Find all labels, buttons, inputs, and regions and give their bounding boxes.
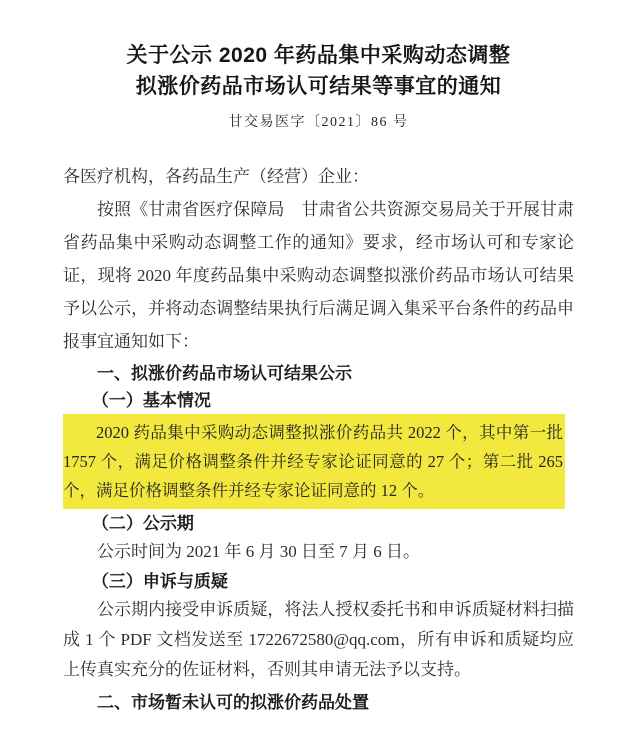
subsection-1-2-heading: （二）公示期 — [63, 511, 574, 537]
document-number: 甘交易医字〔2021〕86 号 — [63, 114, 574, 132]
subsection-1-1-heading: （一）基本情况 — [63, 388, 574, 414]
section-2-heading: 二、市场暂未认可的拟涨价药品处置 — [63, 689, 574, 717]
document-page: 关于公示 2020 年药品集中采购动态调整 拟涨价药品市场认可结果等事宜的通知 … — [0, 0, 632, 753]
document-title-line-2: 拟涨价药品市场认可结果等事宜的通知 — [63, 71, 574, 102]
document-content: 关于公示 2020 年药品集中采购动态调整 拟涨价药品市场认可结果等事宜的通知 … — [0, 40, 632, 717]
appeal-paragraph: 公示期内接受申诉质疑，将法人授权委托书和申诉质疑材料扫描成 1 个 PDF 文档… — [63, 595, 574, 685]
salutation: 各医疗机构，各药品生产（经营）企业： — [63, 160, 574, 193]
intro-paragraph: 按照《甘肃省医疗保障局 甘肃省公共资源交易局关于开展甘肃省药品集中采购动态调整工… — [63, 193, 574, 358]
highlighted-paragraph: 2020 药品集中采购动态调整拟涨价药品共 2022 个，其中第一批 1757 … — [63, 414, 565, 509]
document-title-line-1: 关于公示 2020 年药品集中采购动态调整 — [63, 40, 574, 71]
section-1-heading: 一、拟涨价药品市场认可结果公示 — [63, 360, 574, 388]
document-title: 关于公示 2020 年药品集中采购动态调整 拟涨价药品市场认可结果等事宜的通知 — [63, 40, 574, 102]
publicity-period-text: 公示时间为 2021 年 6 月 30 日至 7 月 6 日。 — [63, 537, 574, 567]
subsection-1-3-heading: （三）申诉与质疑 — [63, 569, 574, 595]
